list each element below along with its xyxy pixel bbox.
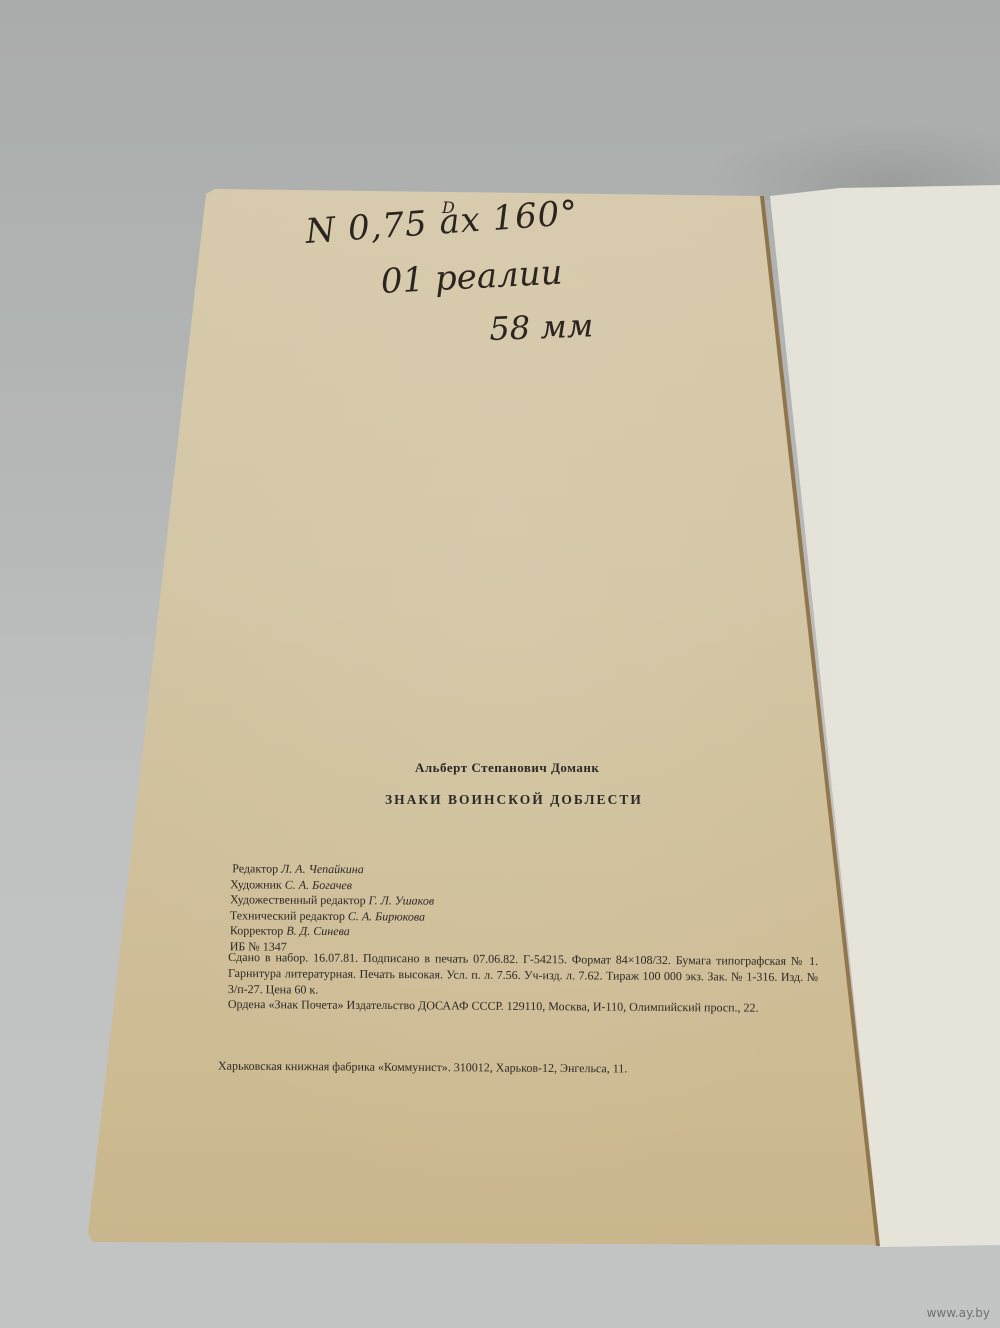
- credit-corrector: Корректор В. Д. Синева: [230, 923, 434, 940]
- credit-role: Художник: [230, 877, 282, 891]
- imprint-block: Сдано в набор. 16.07.81. Подписано в печ…: [228, 950, 818, 1017]
- credits-block: Редактор Л. А. Чепайкина Художник С. А. …: [230, 861, 435, 955]
- credit-role: Технический редактор: [230, 908, 345, 923]
- imprint-details: Сдано в набор. 16.07.81. Подписано в печ…: [228, 950, 818, 1002]
- credit-art-editor: Художественный редактор Г. Л. Ушаков: [230, 892, 434, 909]
- credit-name: В. Д. Синева: [286, 924, 349, 938]
- credit-name: Г. Л. Ушаков: [369, 893, 434, 907]
- credit-role: Корректор: [230, 923, 284, 937]
- watermark: www.ay.by: [927, 1306, 990, 1320]
- handwritten-superscript: D: [442, 198, 455, 217]
- credit-name: Л. А. Чепайкина: [281, 862, 364, 877]
- book-title: ЗНАКИ ВОИНСКОЙ ДОБЛЕСТИ: [385, 792, 643, 808]
- credit-editor: Редактор Л. А. Чепайкина: [230, 861, 434, 878]
- credit-artist: Художник С. А. Богачев: [230, 877, 434, 894]
- credit-role: Редактор: [232, 861, 278, 875]
- printer-info: Харьковская книжная фабрика «Коммунист».…: [218, 1059, 627, 1077]
- credit-role: Художественный редактор: [230, 892, 366, 907]
- credit-name: С. А. Богачев: [285, 877, 352, 891]
- book-author: Альберт Степанович Доманк: [415, 760, 599, 776]
- credit-name: С. А. Бирюкова: [348, 909, 425, 924]
- handwritten-line-3: 58 мм: [489, 306, 594, 348]
- credit-tech-editor: Технический редактор С. А. Бирюкова: [230, 908, 434, 925]
